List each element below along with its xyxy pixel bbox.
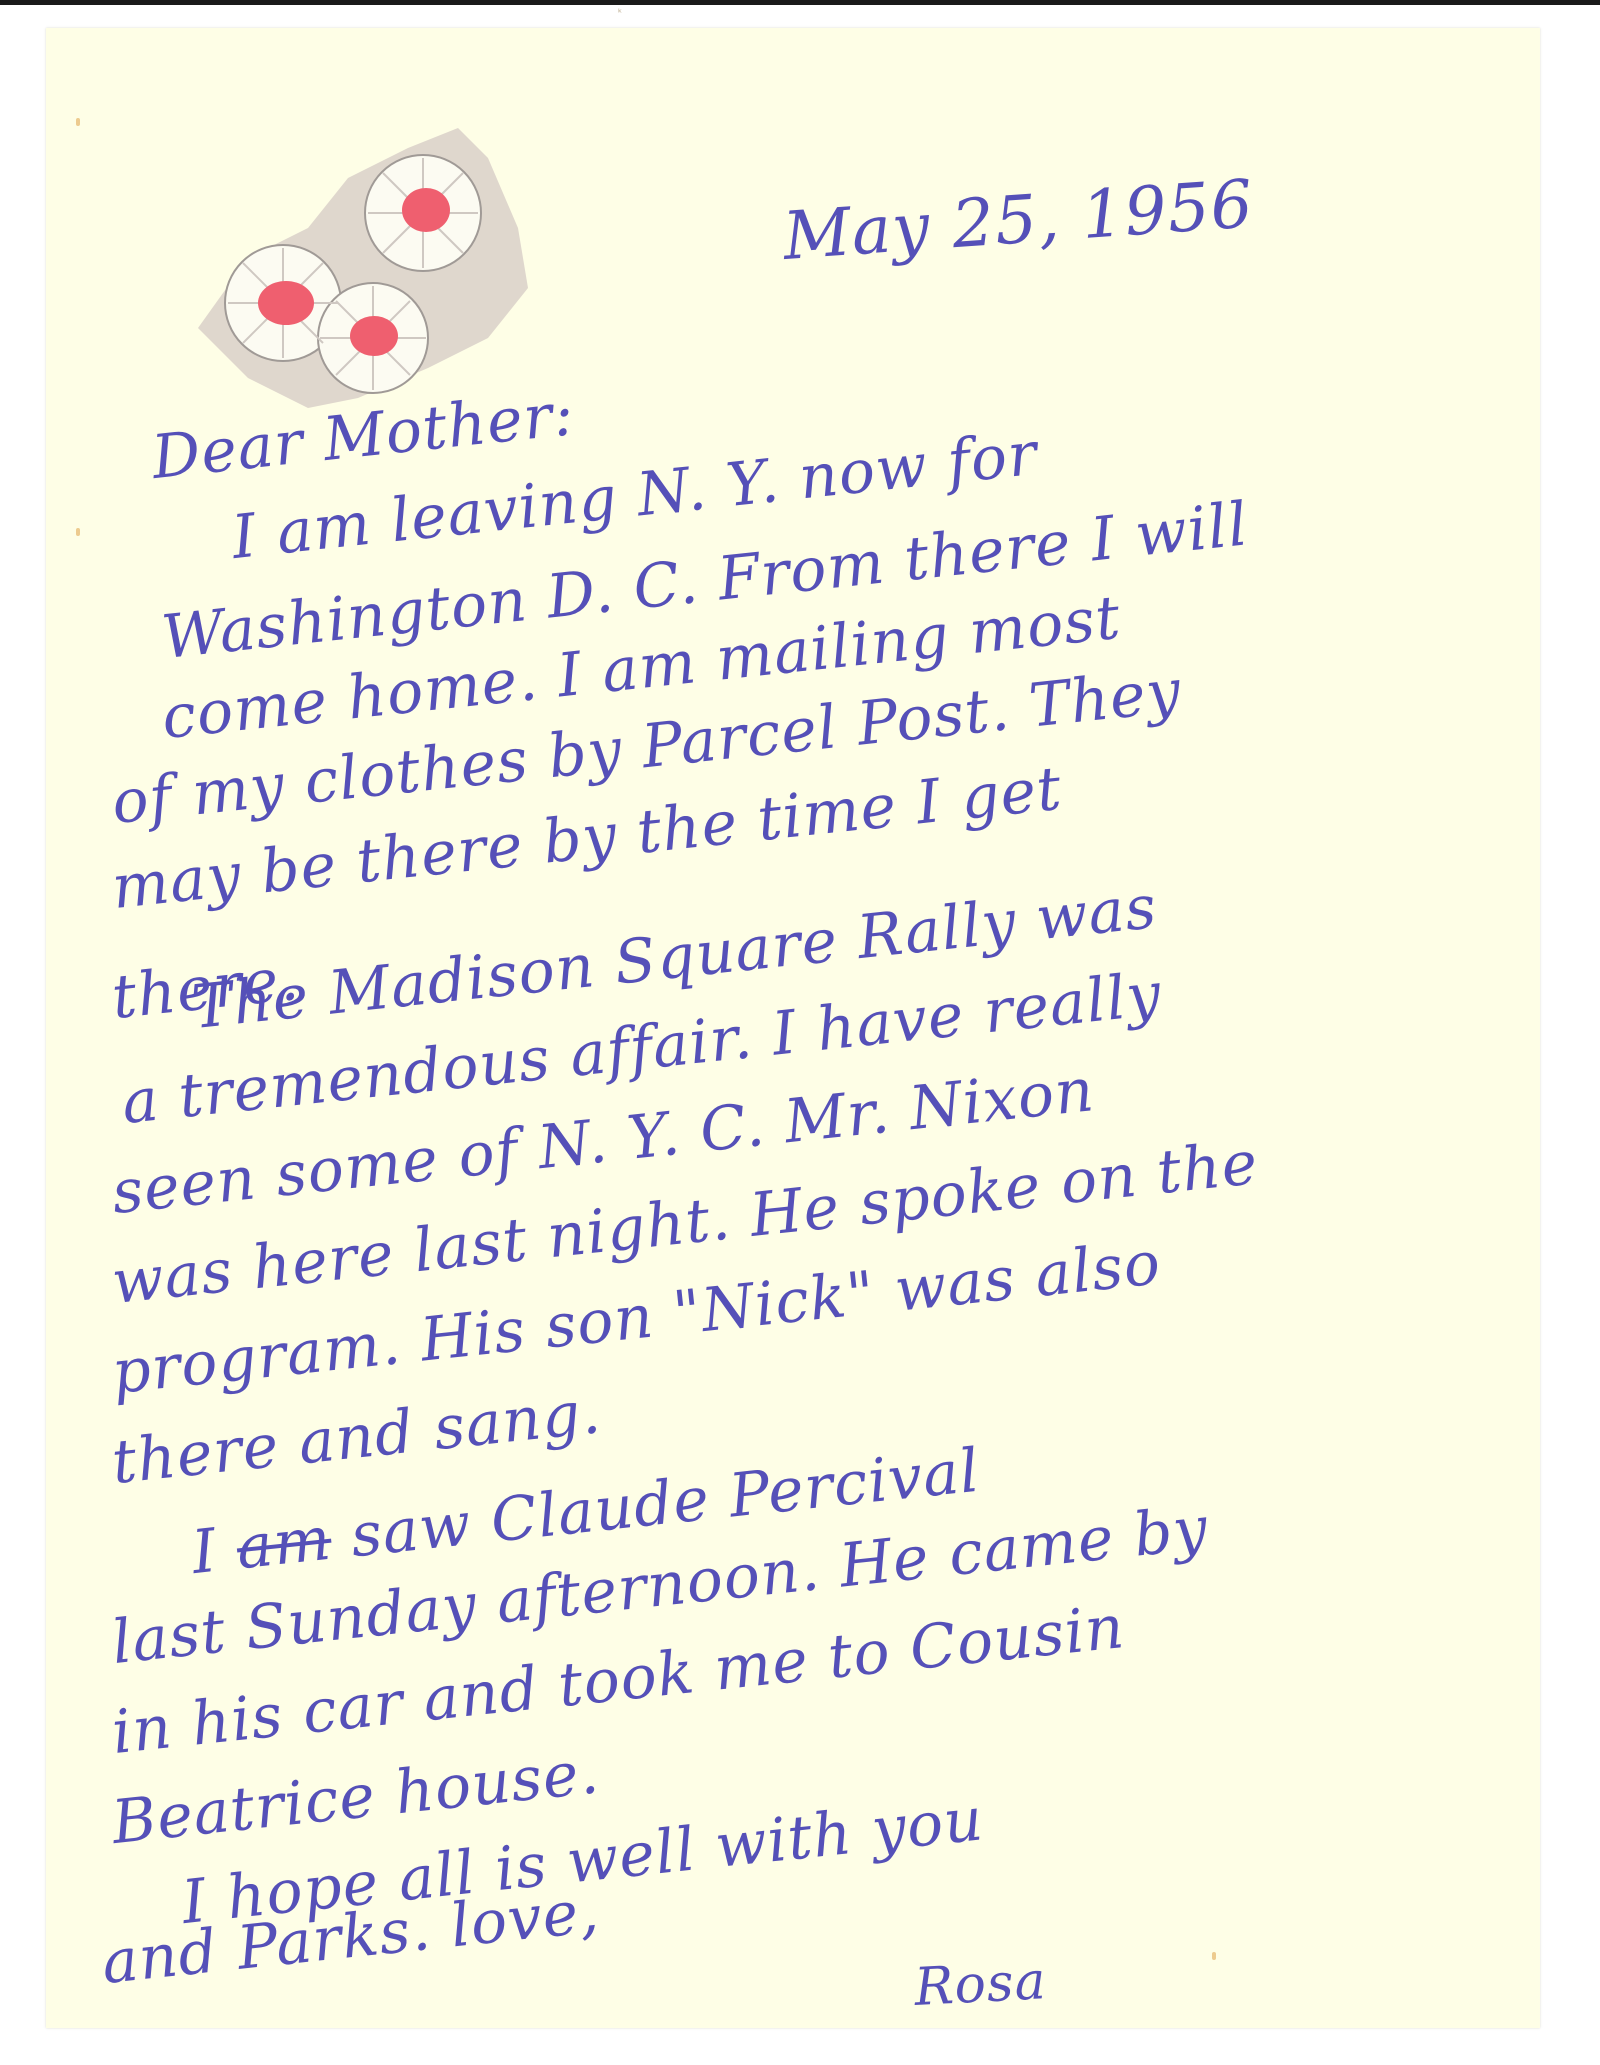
scan-mark: ᵏ: [618, 8, 622, 19]
paper-speck: [76, 528, 80, 536]
paper-speck: [76, 118, 80, 126]
struck-word: am: [233, 1504, 334, 1584]
pronoun-i: I: [189, 1516, 221, 1588]
daisy-illustration: [158, 118, 548, 418]
letter-paper: May 25, 1956 Dear Mother: I am leaving N…: [46, 28, 1540, 2028]
scan-top-edge: [0, 0, 1600, 5]
paper-speck: [1212, 1952, 1216, 1960]
letter-date: May 25, 1956: [781, 165, 1256, 275]
signature: Rosa: [913, 1951, 1048, 2018]
